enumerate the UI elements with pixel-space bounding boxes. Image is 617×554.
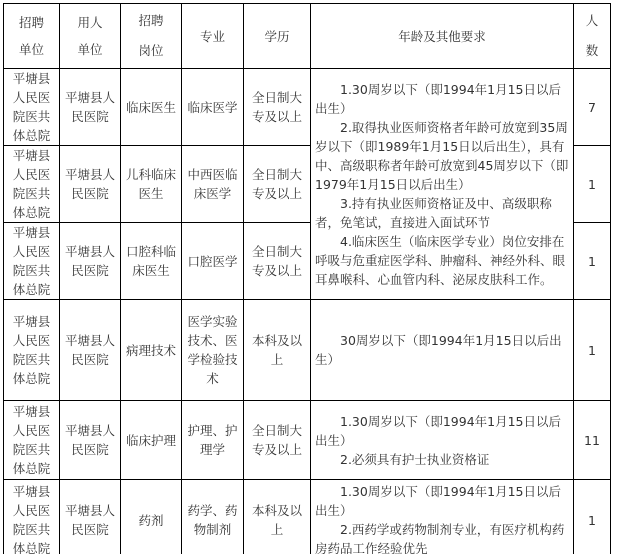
cell-count: 1 bbox=[574, 300, 611, 401]
cell-employer: 平塘县人民医院 bbox=[60, 300, 121, 401]
cell-position: 儿科临床医生 bbox=[121, 146, 182, 223]
cell-count: 1 bbox=[574, 480, 611, 554]
cell-major: 药学、药物制剂 bbox=[182, 480, 244, 554]
header-position: 招聘 岗位 bbox=[121, 4, 182, 69]
cell-major: 医学实验技术、医学检验技术 bbox=[182, 300, 244, 401]
cell-requirements-nursing: 1.30周岁以下（即1994年1月15日以后出生） 2.必须具有护士执业资格证 bbox=[311, 401, 574, 480]
cell-employer: 平塘县人民医院 bbox=[60, 223, 121, 300]
cell-employer: 平塘县人民医院 bbox=[60, 401, 121, 480]
cell-position: 临床护理 bbox=[121, 401, 182, 480]
cell-count: 11 bbox=[574, 401, 611, 480]
cell-requirements-doctors: 1.30周岁以下（即1994年1月15日以后出生） 2.取得执业医师资格者年龄可… bbox=[311, 69, 574, 300]
cell-position: 病理技术 bbox=[121, 300, 182, 401]
table-row: 平塘县人民医院医共体总院 平塘县人民医院 临床护理 护理、护理学 全日制大专及以… bbox=[4, 401, 611, 480]
cell-major: 临床医学 bbox=[182, 69, 244, 146]
cell-requirements-pharmacy: 1.30周岁以下（即1994年1月15日以后出生） 2.西药学或药物制剂专业，有… bbox=[311, 480, 574, 554]
cell-major: 中西医临床医学 bbox=[182, 146, 244, 223]
cell-education: 本科及以上 bbox=[244, 480, 311, 554]
cell-unit: 平塘县人民医院医共体总院 bbox=[4, 146, 60, 223]
header-unit: 招聘 单位 bbox=[4, 4, 60, 69]
recruitment-table: 招聘 单位 用人 单位 招聘 岗位 专业 学历 年龄及其他要求 人 数 平塘县人… bbox=[3, 3, 611, 554]
cell-position: 临床医生 bbox=[121, 69, 182, 146]
table-row: 平塘县人民医院医共体总院 平塘县人民医院 病理技术 医学实验技术、医学检验技术 … bbox=[4, 300, 611, 401]
cell-education: 全日制大专及以上 bbox=[244, 223, 311, 300]
cell-major: 口腔医学 bbox=[182, 223, 244, 300]
cell-unit: 平塘县人民医院医共体总院 bbox=[4, 223, 60, 300]
header-requirements: 年龄及其他要求 bbox=[311, 4, 574, 69]
cell-position: 口腔科临床医生 bbox=[121, 223, 182, 300]
cell-position: 药剂 bbox=[121, 480, 182, 554]
header-employer: 用人 单位 bbox=[60, 4, 121, 69]
cell-education: 本科及以上 bbox=[244, 300, 311, 401]
cell-requirements-pathology: 30周岁以下（即1994年1月15日以后出生） bbox=[311, 300, 574, 401]
cell-count: 1 bbox=[574, 223, 611, 300]
cell-unit: 平塘县人民医院医共体总院 bbox=[4, 300, 60, 401]
cell-count: 1 bbox=[574, 146, 611, 223]
header-row: 招聘 单位 用人 单位 招聘 岗位 专业 学历 年龄及其他要求 人 数 bbox=[4, 4, 611, 69]
cell-unit: 平塘县人民医院医共体总院 bbox=[4, 401, 60, 480]
cell-major: 护理、护理学 bbox=[182, 401, 244, 480]
cell-employer: 平塘县人民医院 bbox=[60, 69, 121, 146]
cell-unit: 平塘县人民医院医共体总院 bbox=[4, 480, 60, 554]
table-row: 平塘县人民医院医共体总院 平塘县人民医院 药剂 药学、药物制剂 本科及以上 1.… bbox=[4, 480, 611, 554]
header-education: 学历 bbox=[244, 4, 311, 69]
header-major: 专业 bbox=[182, 4, 244, 69]
cell-unit: 平塘县人民医院医共体总院 bbox=[4, 69, 60, 146]
cell-education: 全日制大专及以上 bbox=[244, 401, 311, 480]
table-row: 平塘县人民医院医共体总院 平塘县人民医院 临床医生 临床医学 全日制大专及以上 … bbox=[4, 69, 611, 146]
cell-count: 7 bbox=[574, 69, 611, 146]
cell-education: 全日制大专及以上 bbox=[244, 146, 311, 223]
header-count: 人 数 bbox=[574, 4, 611, 69]
cell-employer: 平塘县人民医院 bbox=[60, 146, 121, 223]
cell-employer: 平塘县人民医院 bbox=[60, 480, 121, 554]
cell-education: 全日制大专及以上 bbox=[244, 69, 311, 146]
